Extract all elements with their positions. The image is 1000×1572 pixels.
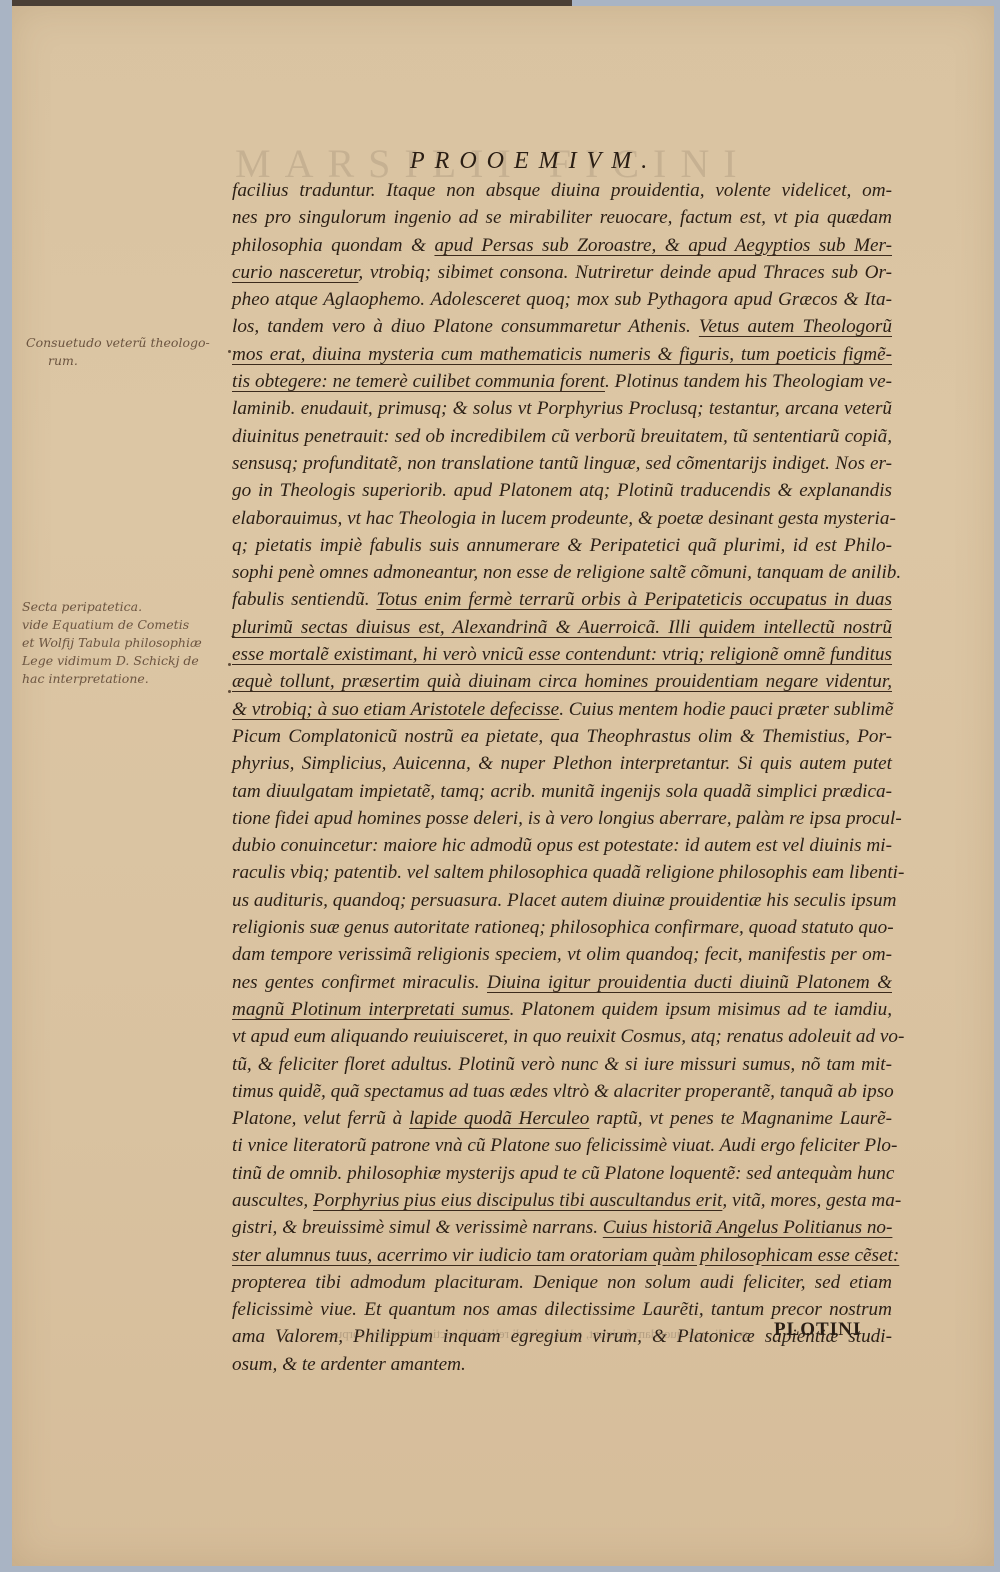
text-line: tinũ de omnib. philosophiæ mysterijs apu… bbox=[232, 1160, 892, 1187]
text-line: plurimũ sectas diuisus est, Alexandrinã … bbox=[232, 614, 892, 641]
text-line: curio nasceretur, vtrobiq; sibimet conso… bbox=[232, 259, 892, 286]
text-line: nes gentes confirmet miraculis. Diuina i… bbox=[232, 969, 892, 996]
handwritten-note-line: et Wolfij Tabula philosophiæ bbox=[22, 634, 202, 652]
text-segment: felicissimè viue. Et quantum nos amas di… bbox=[232, 1299, 892, 1320]
running-head: PROOEMIVM. bbox=[410, 148, 657, 175]
text-segment: raculis vbiq; patentib. vel saltem philo… bbox=[232, 862, 904, 883]
text-segment: facilius traduntur. Itaque non absque di… bbox=[232, 180, 892, 201]
text-segment: tũ, & feliciter floret adultus. Plotinũ … bbox=[232, 1054, 892, 1075]
catchword: PLOTINI bbox=[774, 1319, 861, 1341]
text-segment: tinũ de omnib. philosophiæ mysterijs apu… bbox=[232, 1163, 894, 1184]
handwritten-note-line: vide Equatium de Cometis bbox=[22, 616, 202, 634]
text-line: tis obtegere: ne temerè cuilibet communi… bbox=[232, 368, 892, 395]
text-segment: Platone, velut ferrũ à bbox=[232, 1108, 409, 1129]
handwritten-note-line: Secta peripatetica. bbox=[22, 598, 202, 616]
text-segment: dam tempore verissimã religionis speciem… bbox=[232, 944, 892, 965]
text-segment: . Cuius mentem hodie pauci præter sublim… bbox=[559, 699, 893, 720]
text-line: los, tandem vero à diuo Platone consumma… bbox=[232, 313, 892, 340]
text-line: auscultes, Porphyrius pius eius discipul… bbox=[232, 1187, 892, 1214]
text-segment: Picum Complatonicũ nostrũ ea pietate, qu… bbox=[232, 726, 892, 747]
text-segment: auscultes, bbox=[232, 1190, 313, 1211]
text-segment: go in Theologis superiorib. apud Platone… bbox=[232, 480, 892, 501]
text-line: sophi penè omnes admoneantur, non esse d… bbox=[232, 559, 892, 586]
text-line: sensusq; profunditatẽ, non translatione … bbox=[232, 450, 892, 477]
text-line: dubio conuincetur: maiore hic admodũ opu… bbox=[232, 832, 892, 859]
underlined-passage: apud Persas sub Zoroastre, & apud Aegypt… bbox=[434, 235, 892, 256]
underlined-passage: Vetus autem Theologorũ bbox=[699, 316, 892, 337]
text-line: raculis vbiq; patentib. vel saltem philo… bbox=[232, 859, 892, 886]
text-segment: , vitã, mores, gesta ma- bbox=[722, 1190, 901, 1211]
underlined-passage: Totus enim fermè terrarũ orbis à Peripat… bbox=[376, 589, 892, 610]
text-segment: . Platonem quidem ipsum misimus ad te ia… bbox=[510, 999, 892, 1020]
text-segment: propterea tibi admodum placituram. Deniq… bbox=[232, 1272, 892, 1293]
text-segment: tione fidei apud homines posse deleri, i… bbox=[232, 808, 902, 829]
text-segment: raptũ, vt penes te Magnanime Laurẽ- bbox=[589, 1108, 892, 1129]
text-segment: religionis suæ genus autoritate rationeq… bbox=[232, 917, 894, 938]
text-line: fabulis sentiendũ. Totus enim fermè terr… bbox=[232, 586, 892, 613]
text-line: elaborauimus, vt hac Theologia in lucem … bbox=[232, 505, 892, 532]
text-line: propterea tibi admodum placituram. Deniq… bbox=[232, 1269, 892, 1296]
text-line: us audituris, quandoq; persuasura. Place… bbox=[232, 887, 892, 914]
text-line: timus quidẽ, quã spectamus ad tuas ædes … bbox=[232, 1078, 892, 1105]
text-line: æquè tollunt, præsertim quià diuinam cir… bbox=[232, 668, 892, 695]
underlined-passage: ster alumnus tuus, acerrimo vir iudicio … bbox=[232, 1245, 899, 1266]
text-segment: tam diuulgatam impietatẽ, tamq; acrib. m… bbox=[232, 781, 892, 802]
underlined-passage: & vtrobiq; à suo etiam Aristotele defeci… bbox=[232, 699, 559, 720]
handwritten-note-line: rum. bbox=[26, 352, 210, 370]
underlined-passage: plurimũ sectas diuisus est, Alexandrinã … bbox=[232, 617, 892, 638]
text-line: philosophia quondam & apud Persas sub Zo… bbox=[232, 232, 892, 259]
underlined-passage: Cuius historiã Angelus Politianus no- bbox=[603, 1217, 893, 1238]
text-segment: philosophia quondam & bbox=[232, 235, 434, 256]
text-segment: gistri, & breuissimè simul & verissimè n… bbox=[232, 1217, 603, 1238]
marker-dot bbox=[228, 690, 231, 693]
text-segment: q; pietatis impiè fabulis suis annumerar… bbox=[232, 535, 892, 556]
text-segment: dubio conuincetur: maiore hic admodũ opu… bbox=[232, 835, 892, 856]
text-line: esse mortalẽ existimant, hi verò vnicũ e… bbox=[232, 641, 892, 668]
underlined-passage: mos erat, diuina mysteria cum mathematic… bbox=[232, 344, 892, 365]
marker-dot bbox=[228, 663, 231, 666]
underlined-passage: lapide quodã Herculeo bbox=[409, 1108, 589, 1129]
text-segment: elaborauimus, vt hac Theologia in lucem … bbox=[232, 508, 896, 529]
text-line: vt apud eum aliquando reuiuisceret, in q… bbox=[232, 1023, 892, 1050]
text-line: laminib. enudauit, primusq; & solus vt P… bbox=[232, 395, 892, 422]
text-line: pheo atque Aglaophemo. Adolesceret quoq;… bbox=[232, 286, 892, 313]
text-segment: los, tandem vero à diuo Platone consumma… bbox=[232, 316, 699, 337]
handwritten-note-line: Lege vidimum D. Schickj de bbox=[22, 652, 202, 670]
underlined-passage: tis obtegere: ne temerè cuilibet communi… bbox=[232, 371, 605, 392]
text-segment: nes gentes confirmet miraculis. bbox=[232, 972, 487, 993]
underlined-passage: magnũ Plotinum interpretati sumus bbox=[232, 999, 510, 1020]
handwritten-note-line: Consuetudo veterũ theologo- bbox=[26, 334, 210, 352]
underlined-passage: æquè tollunt, præsertim quià diuinam cir… bbox=[232, 671, 892, 692]
handwritten-note-line: hac interpretatione. bbox=[22, 670, 202, 688]
text-line: tũ, & feliciter floret adultus. Plotinũ … bbox=[232, 1051, 892, 1078]
text-line: tam diuulgatam impietatẽ, tamq; acrib. m… bbox=[232, 778, 892, 805]
text-line: facilius traduntur. Itaque non absque di… bbox=[232, 177, 892, 204]
text-line: magnũ Plotinum interpretati sumus. Plato… bbox=[232, 996, 892, 1023]
margin-note-peripatetic: Secta peripatetica.vide Equatium de Come… bbox=[22, 598, 202, 688]
text-line: Picum Complatonicũ nostrũ ea pietate, qu… bbox=[232, 723, 892, 750]
text-line: religionis suæ genus autoritate rationeq… bbox=[232, 914, 892, 941]
text-segment: ti vnice literatorũ patrone vnà cũ Plato… bbox=[232, 1135, 897, 1156]
text-segment: nes pro singulorum ingenio ad se mirabil… bbox=[232, 207, 892, 228]
underlined-passage: Diuina igitur prouidentia ducti diuinũ P… bbox=[487, 972, 892, 993]
underlined-passage: Porphyrius pius eius discipulus tibi aus… bbox=[313, 1190, 722, 1211]
text-segment: sensusq; profunditatẽ, non translatione … bbox=[232, 453, 892, 474]
text-segment: laminib. enudauit, primusq; & solus vt P… bbox=[232, 398, 892, 419]
marker-dot bbox=[228, 350, 231, 353]
text-line: tione fidei apud homines posse deleri, i… bbox=[232, 805, 892, 832]
show-through-text: mundi, quæ quondam faciuunt, ad inuenien… bbox=[228, 1326, 748, 1342]
text-segment: sophi penè omnes admoneantur, non esse d… bbox=[232, 562, 901, 583]
text-line: ti vnice literatorũ patrone vnà cũ Plato… bbox=[232, 1132, 892, 1159]
text-line: nes pro singulorum ingenio ad se mirabil… bbox=[232, 204, 892, 231]
text-segment: timus quidẽ, quã spectamus ad tuas ædes … bbox=[232, 1081, 894, 1102]
text-line: phyrius, Simplicius, Auicenna, & nuper P… bbox=[232, 750, 892, 777]
text-line: q; pietatis impiè fabulis suis annumerar… bbox=[232, 532, 892, 559]
text-segment: pheo atque Aglaophemo. Adolesceret quoq;… bbox=[232, 289, 892, 310]
text-line: mos erat, diuina mysteria cum mathematic… bbox=[232, 341, 892, 368]
text-line: ster alumnus tuus, acerrimo vir iudicio … bbox=[232, 1242, 892, 1269]
text-line: dam tempore verissimã religionis speciem… bbox=[232, 941, 892, 968]
text-line: & vtrobiq; à suo etiam Aristotele defeci… bbox=[232, 696, 892, 723]
text-segment: . Plotinus tandem his Theologiam ve- bbox=[605, 371, 892, 392]
underlined-passage: curio nasceretur bbox=[232, 262, 358, 283]
text-segment: , vtrobiq; sibimet consona. Nutriretur d… bbox=[358, 262, 892, 283]
text-line: osum, & te ardenter amantem. bbox=[232, 1351, 892, 1378]
body-text: facilius traduntur. Itaque non absque di… bbox=[232, 177, 892, 1378]
text-segment: vt apud eum aliquando reuiuisceret, in q… bbox=[232, 1026, 904, 1047]
text-segment: us audituris, quandoq; persuasura. Place… bbox=[232, 890, 896, 911]
text-segment: fabulis sentiendũ. bbox=[232, 589, 376, 610]
text-line: go in Theologis superiorib. apud Platone… bbox=[232, 477, 892, 504]
text-segment: phyrius, Simplicius, Auicenna, & nuper P… bbox=[232, 753, 892, 774]
margin-note-theology: Consuetudo veterũ theologo-rum. bbox=[26, 334, 210, 370]
text-line: Platone, velut ferrũ à lapide quodã Herc… bbox=[232, 1105, 892, 1132]
text-segment: osum, & te ardenter amantem. bbox=[232, 1354, 466, 1375]
underlined-passage: esse mortalẽ existimant, hi verò vnicũ e… bbox=[232, 644, 892, 665]
text-line: diuinitus penetrauit: sed ob incredibile… bbox=[232, 423, 892, 450]
text-line: gistri, & breuissimè simul & verissimè n… bbox=[232, 1214, 892, 1241]
text-segment: diuinitus penetrauit: sed ob incredibile… bbox=[232, 426, 892, 447]
